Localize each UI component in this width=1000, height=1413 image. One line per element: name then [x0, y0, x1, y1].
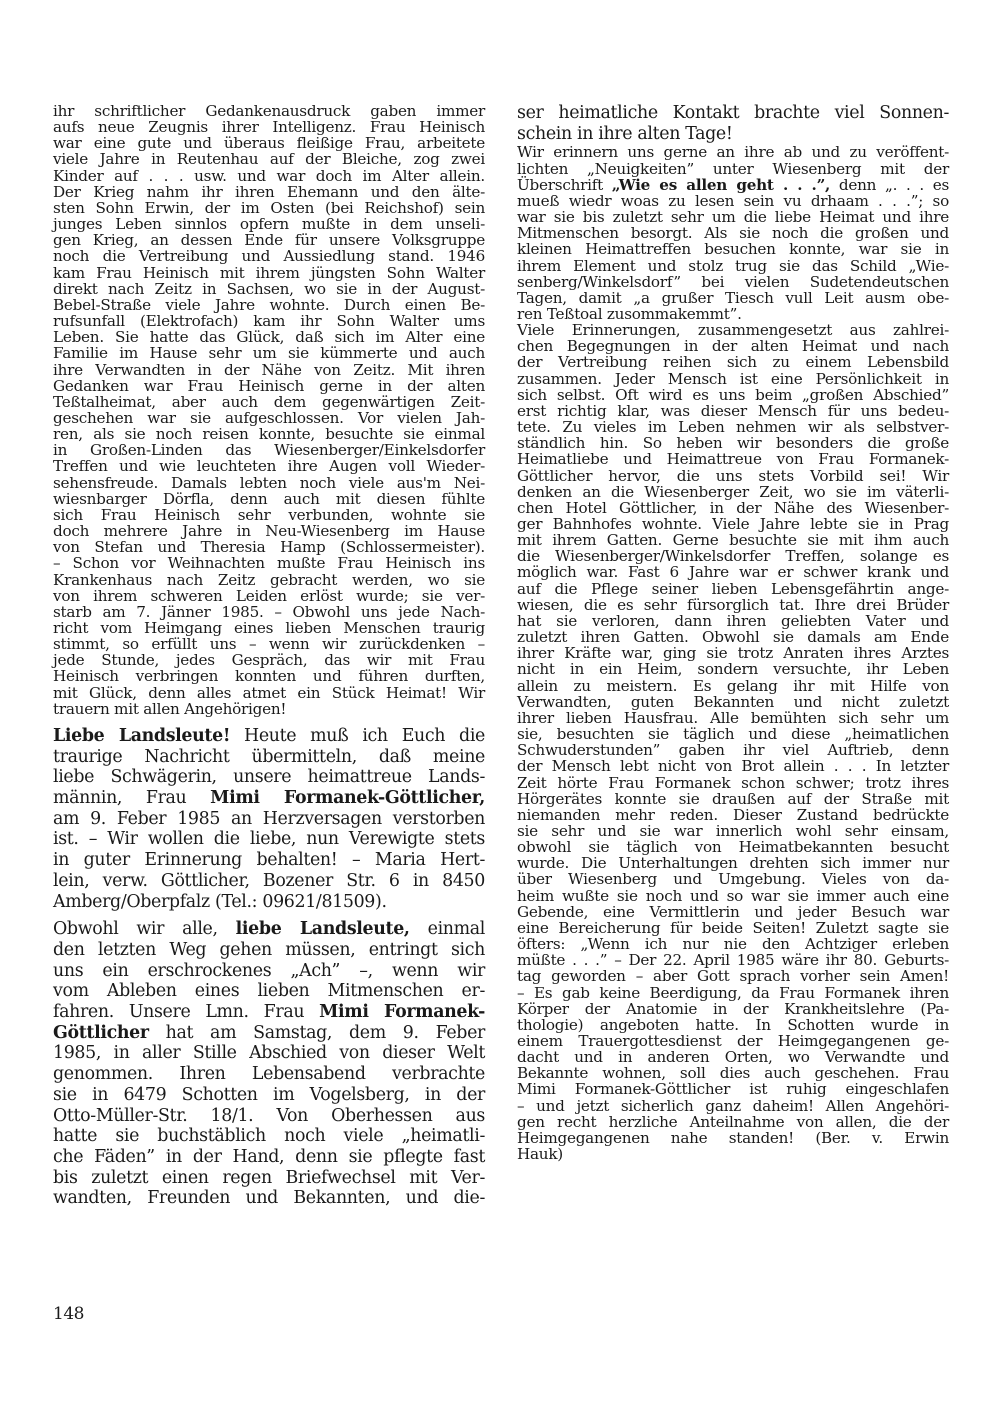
- text-line: chen Begegnungen in der alten Heimat und…: [517, 338, 949, 354]
- text-line: wiesnbarger Dörfla, denn auch mit diesen…: [53, 491, 485, 507]
- text-line: Zeit hörte Frau Formanek schon schwer; t…: [517, 775, 949, 791]
- text-line: erst richtig klar, was dieser Mensch für…: [517, 403, 949, 419]
- text-line: doch mehrere Jahre in Neu-Wiesenberg im …: [53, 523, 485, 539]
- text-line: Hörgerätes konnte sie draußen auf der St…: [517, 791, 949, 807]
- text-line: aufs neue Zeugnis ihrer Intelligenz. Fra…: [53, 119, 485, 135]
- text-line: über Wiesenberg und Umgebung. Vieles von…: [517, 871, 949, 887]
- heinisch-obituary-paragraph: ihr schriftlicher Gedankenausdruck gaben…: [53, 103, 485, 717]
- text-line: zusammen. Jeder Mensch ist eine Persönli…: [517, 371, 949, 387]
- text-line: sie, besuchten sie täglich und diese „he…: [517, 726, 949, 742]
- text-line: Bekannte wohnen, soll dies auch geschehe…: [517, 1065, 949, 1081]
- text-line: gen recht herzliche Anteilnahme von alle…: [517, 1114, 949, 1130]
- text-line: nicht in ein Heim, sondern versuchte, ih…: [517, 661, 949, 677]
- text-line: die Wiesenberger/Winkelsdorfer Treffen, …: [517, 548, 949, 564]
- text-line: mit Glück, denn alles atmet ein Stück He…: [53, 685, 485, 701]
- text-line: kam Frau Heinisch mit ihrem jüngsten Soh…: [53, 265, 485, 281]
- text-line: Heinisch verbringen konnten und führen d…: [53, 668, 485, 684]
- text-line: – Schon vor Weihnachten mußte Frau Heini…: [53, 555, 485, 571]
- text-line: Treffen und wie leuchteten ihre Augen vo…: [53, 458, 485, 474]
- text-line: sich Frau Heinisch sehr verbunden, wohnt…: [53, 507, 485, 523]
- text-line: chen Hotel Göttlicher, in der Nähe des W…: [517, 500, 949, 516]
- text-line: heim wußte sie noch und so war sie immer…: [517, 888, 949, 904]
- text-line: geschehen war sie aufgeschlossen. Vor vi…: [53, 410, 485, 426]
- text-line: noch die Vertreibung und Aussiedlung sta…: [53, 248, 485, 264]
- text-line: rufsunfall (Elektrofach) kam ihr Sohn Wa…: [53, 313, 485, 329]
- text-line: starb am 7. Jänner 1985. – Obwohl uns je…: [53, 604, 485, 620]
- continuation-paragraph: ser heimatliche Kontakt brachte viel Son…: [517, 103, 949, 144]
- text-line: sie sehr und sie war innerlich wohl sehr…: [517, 823, 949, 839]
- formanek-obituary-paragraph: Obwohl wir alle, liebe Landsleute, einma…: [53, 919, 485, 1209]
- text-line: Krankenhaus nach Zeitz gebracht werden, …: [53, 572, 485, 588]
- neuigkeiten-paragraph: Wir erinnern uns gerne an ihre ab und zu…: [517, 144, 949, 322]
- greeting-bold: Liebe Landsleute!: [53, 726, 230, 746]
- text-line: thologie) angeboten hatte. In Schotten w…: [517, 1017, 949, 1033]
- text-line: junges Leben sinnlos opfern mußte in dem…: [53, 216, 485, 232]
- text-line: Hauk): [517, 1146, 949, 1162]
- page-number: 148: [53, 1304, 84, 1324]
- left-column: ihr schriftlicher Gedankenausdruck gaben…: [53, 103, 485, 1209]
- text-line: Kinder auf . . . usw. und war doch im Al…: [53, 168, 485, 184]
- text-line: dacht und in anderen Orten, wo Verwandte…: [517, 1049, 949, 1065]
- text-line: tete. Zu vieles im Leben nehmen wir als …: [517, 419, 949, 435]
- text-line: sehensfreude. Damals lebten noch viele a…: [53, 475, 485, 491]
- text-line: Der Krieg nahm ihr ihren Ehemann und den…: [53, 184, 485, 200]
- text-line: sten Sohn Erwin, der im Osten (bei Reich…: [53, 200, 485, 216]
- right-column: ser heimatliche Kontakt brachte viel Son…: [517, 103, 949, 1162]
- text-line: – Es gab keine Beerdigung, da Frau Forma…: [517, 985, 949, 1001]
- text-line: sich selbst. Oft wird es uns beim „große…: [517, 387, 949, 403]
- text-line: möglich war. Fast 6 Jahre war er schwer …: [517, 564, 949, 580]
- text-line: direkt nach Zeitz in Sachsen, wo sie in …: [53, 281, 485, 297]
- text-line: stimmt, so erfüllt uns – wenn wir zurück…: [53, 636, 485, 652]
- text-line: Mimi Formanek-Göttlicher ist ruhig einge…: [517, 1081, 949, 1097]
- text-line: Gebende, eine Vermittlerin und jeder Bes…: [517, 904, 949, 920]
- text-line: Teßtalheimat, aber auch dem gegenwärtige…: [53, 394, 485, 410]
- text-line: in Großen-Linden das Wiesenberger/Einkel…: [53, 442, 485, 458]
- text-line: hat sie verloren, dann ihren geliebten V…: [517, 613, 949, 629]
- text-line: Verwandten, guten Bekannten und nicht zu…: [517, 694, 949, 710]
- text-line: jede Stunde, jedes Gespräch, das wir mit…: [53, 652, 485, 668]
- text-line: der Mensch lebt nicht von Brot allein . …: [517, 758, 949, 774]
- text-line: von ihrem schweren Leiden erlöst wurde; …: [53, 588, 485, 604]
- text-line: öfters: „Wenn ich nur nie den Achtziger …: [517, 936, 949, 952]
- text-line: Viele Erinnerungen, zusammengesetzt aus …: [517, 322, 949, 338]
- text-line: einem Trauergottesdienst der Heimgegange…: [517, 1033, 949, 1049]
- text-line: Heimgegangenen nahe standen! (Ber. v. Er…: [517, 1130, 949, 1146]
- text-line: war eine gute und überaus fleißige Frau,…: [53, 135, 485, 151]
- text-line: ihrer Kräfte war, ging sie trotz Anraten…: [517, 645, 949, 661]
- text-line: mit ihrem Gatten. Gerne besuchte sie mit…: [517, 532, 949, 548]
- text-line: niemanden mehr reden. Dieser Zustand bed…: [517, 807, 949, 823]
- text-line: obwohl sie täglich von Heimatbekannten b…: [517, 839, 949, 855]
- text-line: von Stefan und Theresia Hamp (Schlosserm…: [53, 539, 485, 555]
- text-line: Schwuderstunden” gaben ihr viel Auftrieb…: [517, 742, 949, 758]
- text-line: ihre Verwandten in der Nähe von Zeitz. M…: [53, 362, 485, 378]
- memories-paragraph: Viele Erinnerungen, zusammengesetzt aus …: [517, 322, 949, 1162]
- text-line: viele Jahre in Reutenhau auf der Bleiche…: [53, 151, 485, 167]
- landsleute-announcement-paragraph: Liebe Landsleute! Heute muß ich Euch die…: [53, 726, 485, 912]
- text-line: denken an die Wiesenberger Zeit, wo sie …: [517, 484, 949, 500]
- text-line: ihrer lieben Hausfrau. Alle bemühten sic…: [517, 710, 949, 726]
- text-line: eine Bereicherung für beide Seiten! Zule…: [517, 920, 949, 936]
- text-line: Bebel-Straße viele Jahre wohnte. Durch e…: [53, 297, 485, 313]
- text-line: auf die Pflege seiner lieben Lebensgefäh…: [517, 581, 949, 597]
- text-line: zuletzt ihren Gatten. Obwohl sie damals …: [517, 629, 949, 645]
- text-line: ger Bahnhofes wohnte. Viele Jahre lebte …: [517, 516, 949, 532]
- text-line: trauern mit allen Angehörigen!: [53, 701, 485, 717]
- text-line: ren, als sie noch reisen konnte, besucht…: [53, 426, 485, 442]
- text-line: Leben. Sie hatte das Glück, daß sich im …: [53, 329, 485, 345]
- text-line: Göttlicher hervor, die uns stets Vorbild…: [517, 468, 949, 484]
- text-line: wiesen, die es sehr fürsorglich tat. Ihr…: [517, 597, 949, 613]
- text-line: – und jetzt sicherlich ganz daheim! Alle…: [517, 1098, 949, 1114]
- text-line: ihr schriftlicher Gedankenausdruck gaben…: [53, 103, 485, 119]
- text-line: ständlich hin. So heben wir besonders di…: [517, 435, 949, 451]
- text-line: der Vertreibung reihen sich zu einem Leb…: [517, 354, 949, 370]
- text-line: Körper der Anatomie in der Krankheitsleh…: [517, 1001, 949, 1017]
- text-line: Heimatliebe und Heimattreue von Frau For…: [517, 451, 949, 467]
- text-line: wurde. Die Unterhaltungen drehten sich i…: [517, 855, 949, 871]
- text-line: gen Krieg, an dessen Ende für unsere Vol…: [53, 232, 485, 248]
- deceased-name-bold: Mimi Formanek-Göttlicher,: [210, 788, 485, 808]
- text-line: Gedanken war Frau Heinisch gerne in der …: [53, 378, 485, 394]
- text-line: tag geworden – aber Gott sprach vorher s…: [517, 968, 949, 984]
- text-line: allein zu meistern. Es gelang ihr mit Hi…: [517, 678, 949, 694]
- text-line: Familie im Hause sehr um sie kümmerte un…: [53, 345, 485, 361]
- text-line: richt vom Heimgang eines lieben Menschen…: [53, 620, 485, 636]
- text-line: müßte . . .” – Der 22. April 1985 wäre i…: [517, 952, 949, 968]
- document-page: ihr schriftlicher Gedankenausdruck gaben…: [0, 0, 1000, 1413]
